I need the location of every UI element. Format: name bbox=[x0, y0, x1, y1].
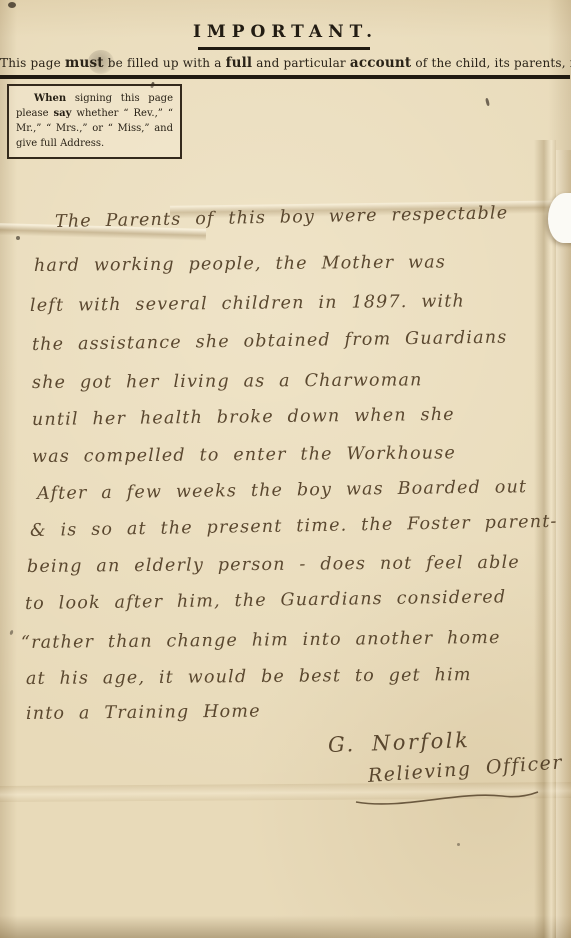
notice-bold-when: When bbox=[34, 93, 66, 104]
instruction-text: of the child, its parents, family, etc. bbox=[411, 56, 571, 70]
paper-crease-bottom bbox=[0, 782, 571, 802]
handwriting-line: the assistance she obtained from Guardia… bbox=[32, 328, 508, 355]
notice-bold-say: say bbox=[54, 108, 72, 119]
document-page: IMPORTANT. This page must be filled up w… bbox=[0, 0, 571, 938]
handwriting-line: at his age, it would be best to get him bbox=[26, 665, 472, 689]
signing-notice-box: When signing this page please say whethe… bbox=[7, 84, 182, 159]
instruction-text: This page bbox=[0, 56, 65, 70]
handwriting-line: until her health broke down when she bbox=[32, 405, 455, 430]
instruction-bold-full: full bbox=[226, 55, 253, 71]
handwriting-line: “rather than change him into another hom… bbox=[21, 628, 501, 653]
instruction-text: be filled up with a bbox=[104, 56, 226, 70]
handwriting-line: & is so at the present time. the Foster … bbox=[30, 512, 558, 541]
paper-edge-right bbox=[556, 150, 571, 938]
paper-fold-vertical bbox=[534, 140, 556, 938]
signature-flourish bbox=[352, 789, 542, 813]
instruction-line: This page must be filled up with a full … bbox=[0, 55, 571, 71]
signature-role: Relieving Officer bbox=[367, 751, 563, 787]
title-underline bbox=[198, 47, 370, 50]
page-title: IMPORTANT. bbox=[0, 22, 571, 42]
instruction-text: and particular bbox=[252, 56, 350, 70]
handwriting-line: she got her living as a Charwoman bbox=[32, 370, 423, 393]
handwriting-line: into a Training Home bbox=[26, 702, 261, 724]
torn-notch bbox=[548, 193, 571, 243]
paper-speck bbox=[8, 2, 16, 8]
paper-speck bbox=[16, 236, 20, 240]
paper-speck bbox=[485, 98, 490, 106]
horizontal-rule bbox=[0, 75, 570, 79]
handwriting-line: left with several children in 1897. with bbox=[30, 291, 465, 316]
handwriting-line: hard working people, the Mother was bbox=[34, 252, 446, 276]
handwriting-line: The Parents of this boy were respectable bbox=[55, 203, 509, 232]
handwriting-line: to look after him, the Guardians conside… bbox=[25, 587, 507, 614]
handwriting-line: being an elderly person - does not feel … bbox=[27, 553, 520, 577]
paper-speck bbox=[9, 630, 14, 636]
instruction-bold-account: account bbox=[350, 55, 411, 71]
handwriting-line: was compelled to enter the Workhouse bbox=[32, 443, 456, 467]
signature-name: G. Norfolk bbox=[328, 728, 471, 757]
instruction-bold-must: must bbox=[65, 55, 104, 71]
handwriting-line: After a few weeks the boy was Boarded ou… bbox=[37, 477, 527, 504]
paper-speck bbox=[457, 843, 460, 846]
